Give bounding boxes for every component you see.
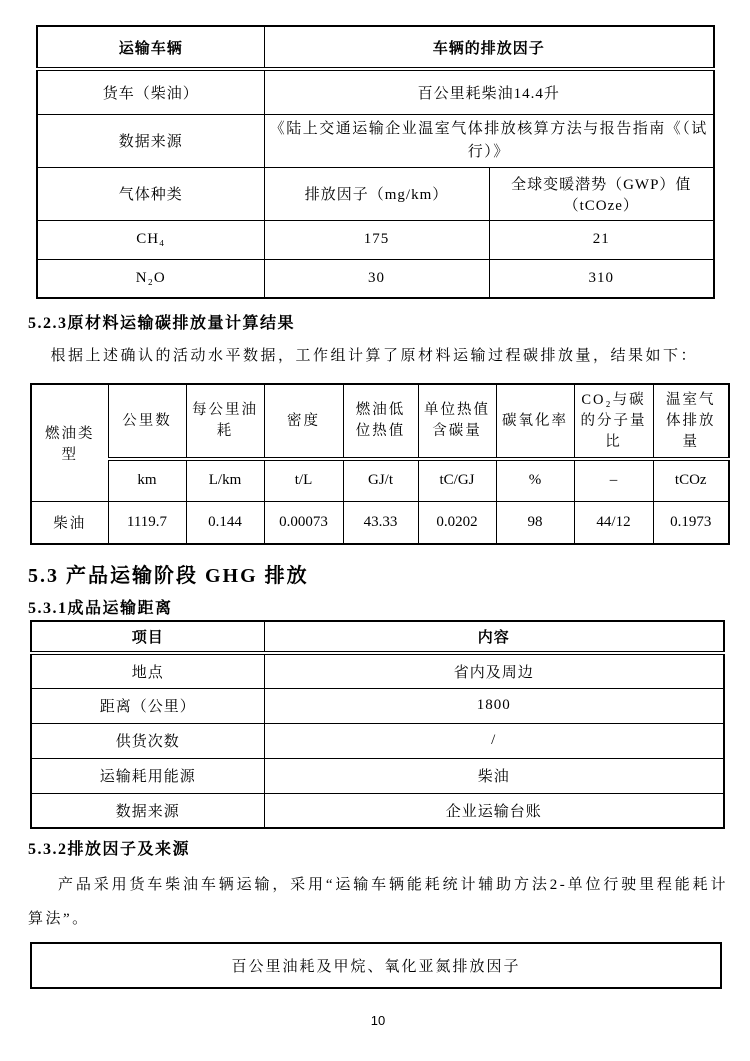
document-page: 运输车辆 车辆的排放因子 货车（柴油） 百公里耗柴油14.4升 数据来源 《陆上… [0,0,750,1061]
gas-type-header: 气体种类 [37,167,264,220]
header-vehicle: 运输车辆 [37,26,264,69]
unit-km: km [108,459,186,501]
row-value: 企业运输台账 [264,793,724,828]
gas-name: CH₄ [37,220,264,259]
col-fuel-type: 燃油类型 [31,384,108,501]
fuel-transport-table: 燃油类型 公里数 每公里油耗 密度 燃油低位热值 单位热值含碳量 碳氧化率 CO… [30,383,730,545]
row-value: 省内及周边 [264,653,724,688]
fuel-name: 柴油 [31,501,108,544]
gas-name: N₂O [37,259,264,298]
header-item: 项目 [31,621,264,653]
unit-gj-t: GJ/t [343,459,418,501]
section-heading-523: 5.2.3原材料运输碳排放量计算结果 [28,313,728,335]
section-paragraph-532: 产品采用货车柴油车辆运输，采用“运输车辆能耗统计辅助方法2-单位行驶里程能耗计算… [28,868,728,936]
gwp-header: 全球变暖潜势（GWP）值 （tCOze） [489,167,714,220]
table-row: 数据来源 《陆上交通运输企业温室气体排放核算方法与报告指南《（试行）》 [37,114,714,167]
source-value: 《陆上交通运输企业温室气体排放核算方法与报告指南《（试行）》 [264,114,714,167]
col-density: 密度 [264,384,343,459]
transport-distance-table: 项目 内容 地点 省内及周边 距离（公里） 1800 供货次数 / 运输耗用能源… [30,620,725,829]
unit-tc-gj: tC/GJ [418,459,496,501]
table-row: N₂O 30 310 [37,259,714,298]
gas-gwp: 21 [489,220,714,259]
value-kilometers: 1119.7 [108,501,186,544]
value-density: 0.00073 [264,501,343,544]
col-heat-value: 燃油低位热值 [343,384,418,459]
vehicle-label: 货车（柴油） [37,69,264,114]
fuel-table-unit-row: km L/km t/L GJ/t tC/GJ % – tCOz [31,459,729,501]
unit-l-km: L/km [186,459,264,501]
section-paragraph-523: 根据上述确认的活动水平数据，工作组计算了原材料运输过程碳排放量，结果如下： [28,344,728,368]
table-header-row: 运输车辆 车辆的排放因子 [37,26,714,69]
col-kilometers: 公里数 [108,384,186,459]
unit-dash: – [574,459,653,501]
table-row: 距离（公里） 1800 [31,688,724,723]
table-row: CH₄ 175 21 [37,220,714,259]
vehicle-emission-factor-table: 运输车辆 车辆的排放因子 货车（柴油） 百公里耗柴油14.4升 数据来源 《陆上… [36,25,715,299]
col-fuel-per-km: 每公里油耗 [186,384,264,459]
unit-t-l: t/L [264,459,343,501]
row-label: 运输耗用能源 [31,758,264,793]
value-co2-carbon-ratio: 44/12 [574,501,653,544]
value-heat-value: 43.33 [343,501,418,544]
row-label: 数据来源 [31,793,264,828]
bottom-box-title: 百公里油耗及甲烷、氧化亚氮排放因子 [30,942,722,989]
row-label: 距离（公里） [31,688,264,723]
value-ghg-emission: 0.1973 [653,501,729,544]
row-value: 1800 [264,688,724,723]
table-row: 货车（柴油） 百公里耗柴油14.4升 [37,69,714,114]
section-heading-531: 5.3.1成品运输距离 [28,598,728,620]
table-row: 供货次数 / [31,723,724,758]
section-heading-53: 5.3 产品运输阶段 GHG 排放 [28,562,728,590]
col-co2-carbon-ratio: CO₂与碳的分子量比 [574,384,653,459]
gwp-header-line1: 全球变暖潜势（GWP）值 [495,173,709,194]
value-carbon-content: 0.0202 [418,501,496,544]
table-row: 数据来源 企业运输台账 [31,793,724,828]
value-oxidation-rate: 98 [496,501,574,544]
row-value: 柴油 [264,758,724,793]
row-label: 供货次数 [31,723,264,758]
row-value: / [264,723,724,758]
fuel-table-data-row: 柴油 1119.7 0.144 0.00073 43.33 0.0202 98 … [31,501,729,544]
header-content: 内容 [264,621,724,653]
vehicle-value: 百公里耗柴油14.4升 [264,69,714,114]
col-carbon-content: 单位热值含碳量 [418,384,496,459]
section-heading-532: 5.3.2排放因子及来源 [28,839,728,861]
table-row: 运输耗用能源 柴油 [31,758,724,793]
gas-factor: 30 [264,259,489,298]
row-label: 地点 [31,653,264,688]
unit-tco2: tCOz [653,459,729,501]
value-fuel-per-km: 0.144 [186,501,264,544]
gwp-header-line2: （tCOze） [495,194,709,215]
col-oxidation-rate: 碳氧化率 [496,384,574,459]
unit-percent: % [496,459,574,501]
source-label: 数据来源 [37,114,264,167]
page-number: 10 [28,1013,728,1029]
table-header-row: 项目 内容 [31,621,724,653]
col-ghg-emission: 温室气体排放量 [653,384,729,459]
gas-factor: 175 [264,220,489,259]
fuel-table-name-row: 燃油类型 公里数 每公里油耗 密度 燃油低位热值 单位热值含碳量 碳氧化率 CO… [31,384,729,459]
gas-header-row: 气体种类 排放因子（mg/km） 全球变暖潜势（GWP）值 （tCOze） [37,167,714,220]
gas-gwp: 310 [489,259,714,298]
header-emission-factor: 车辆的排放因子 [264,26,714,69]
factor-header: 排放因子（mg/km） [264,167,489,220]
table-row: 地点 省内及周边 [31,653,724,688]
